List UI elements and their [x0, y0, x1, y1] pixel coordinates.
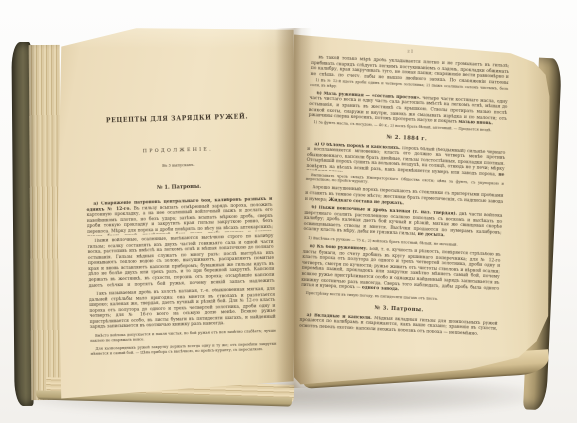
left-page-edges	[29, 45, 62, 400]
left-page-edition-note: Въ 3 выпускахъ.	[85, 160, 271, 170]
left-footnote-2: Для казнозарядныхъ ружей закрутку держат…	[90, 342, 276, 357]
left-footnote-1: Вмѣсто войлока допускается и пакля чиста…	[90, 329, 276, 344]
right-paragraph-b-tail: мазью вновь.	[458, 120, 493, 126]
right-paragraph-e-body: двѣ части войлока шерстянаго осалить рас…	[303, 211, 502, 238]
left-page-section-heading: № 1. Патроны.	[86, 182, 272, 193]
right-paragraph-f-body: Бой, т. е. кучность и рѣзкость, повѣряет…	[301, 247, 501, 291]
book-photo: РЕЦЕПТЫ ДЛЯ ЗАРЯДКИ РУЖЕЙ. ПРОДОЛЖЕНІЕ. …	[0, 0, 577, 423]
left-paragraph-3: Такъ называемая дробь въ холстѣ катаная,…	[89, 287, 276, 331]
left-paragraph-2-body: Пыжи войлочные, осаленные, высѣкаются вы…	[88, 234, 275, 289]
left-paragraph-3-body: Такъ называемая дробь въ холстѣ катаная,…	[89, 287, 276, 331]
right-paragraph-f-tail: одного завода.	[362, 286, 399, 293]
left-page-text: РЕЦЕПТЫ ДЛЯ ЗАРЯДКИ РУЖЕЙ. ПРОДОЛЖЕНІЕ. …	[84, 113, 277, 360]
right-paragraph-f: в) Къ бою ружейному. Бой, т. е. кучность…	[301, 244, 501, 297]
right-paragraph-e-tail: не досыта.	[418, 232, 445, 238]
right-page-text: 21 въ такой только мѣрѣ дробь укладывает…	[299, 44, 510, 339]
left-paragraph-2: Пыжи войлочные, осаленные, высѣкаются вы…	[87, 234, 274, 289]
left-paragraph-1: а) Снаряженіе патроновъ центральнаго боя…	[86, 197, 273, 236]
right-paragraph-c-body: Порохъ бѣлый (бездымный) сильнѣе чернаго…	[306, 146, 505, 178]
left-page-subtitle: ПРОДОЛЖЕНІЕ.	[85, 146, 271, 156]
